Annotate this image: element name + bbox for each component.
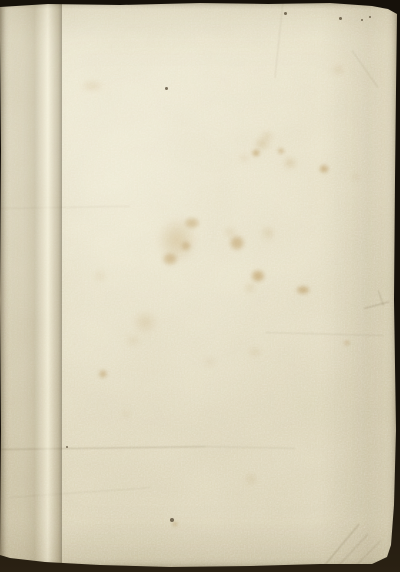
paper-grain-texture xyxy=(0,0,400,572)
scanned-page-background xyxy=(0,0,400,572)
aged-paper-page xyxy=(0,0,400,572)
